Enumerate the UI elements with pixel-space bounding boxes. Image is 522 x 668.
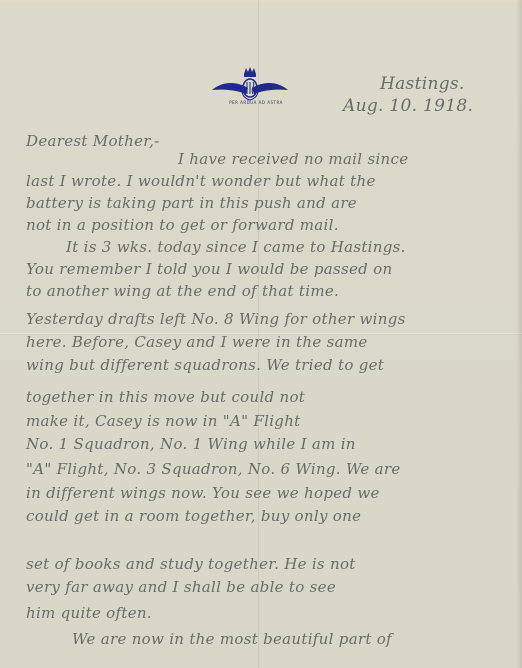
letter-line: set of books and study together. He is n… <box>26 555 356 573</box>
letterhead-motto: PER ARDUA AD ASTRA <box>226 100 286 105</box>
letter-date: Aug. 10. 1918. <box>343 96 473 116</box>
paper-edge-shadow <box>516 0 522 668</box>
letter-line: wing but different squadrons. We tried t… <box>26 356 384 374</box>
letter-line: make it, Casey is now in "A" Flight <box>26 412 300 430</box>
letter-line: could get in a room together, buy only o… <box>26 507 361 525</box>
letter-line: here. Before, Casey and I were in the sa… <box>26 333 368 351</box>
letter-line: very far away and I shall be able to see <box>26 578 336 596</box>
letter-line: together in this move but could not <box>26 388 305 406</box>
letter-place: Hastings. <box>380 74 465 94</box>
letter-line: to another wing at the end of that time. <box>26 282 339 300</box>
letter-line: Yesterday drafts left No. 8 Wing for oth… <box>26 310 406 328</box>
letter-line: It is 3 wks. today since I came to Hasti… <box>66 238 406 256</box>
letter-page: PER ARDUA AD ASTRA Hastings. Aug. 10. 19… <box>0 0 522 668</box>
letter-line: in different wings now. You see we hoped… <box>26 484 380 502</box>
letter-salutation: Dearest Mother,- <box>26 132 160 150</box>
letter-line: No. 1 Squadron, No. 1 Wing while I am in <box>26 435 356 453</box>
letter-line: not in a position to get or forward mail… <box>26 216 339 234</box>
letter-line: him quite often. <box>26 604 152 622</box>
letter-line: I have received no mail since <box>178 150 408 168</box>
letter-line: "A" Flight, No. 3 Squadron, No. 6 Wing. … <box>26 460 401 478</box>
letter-line: battery is taking part in this push and … <box>26 194 357 212</box>
letter-line: You remember I told you I would be passe… <box>26 260 392 278</box>
letter-line: last I wrote. I wouldn't wonder but what… <box>26 172 376 190</box>
letter-line: We are now in the most beautiful part of <box>72 630 392 648</box>
